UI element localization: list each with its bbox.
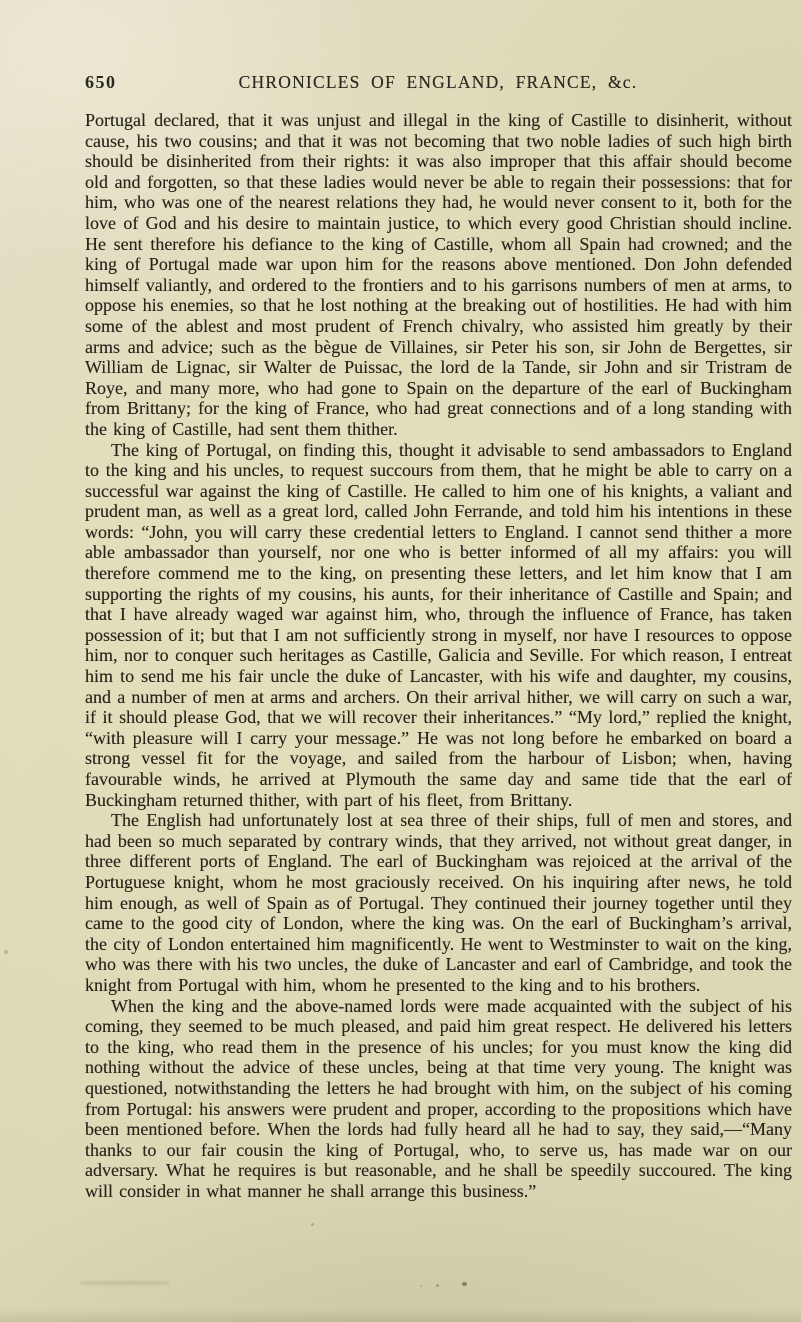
page-body: Portugal declared, that it was unjust an…: [85, 110, 792, 1201]
page-number: 650: [85, 72, 117, 93]
page-header: 650 CHRONICLES OF ENGLAND, FRANCE, &c.: [85, 72, 791, 96]
paper-speck: [436, 1284, 439, 1287]
paragraph-1: Portugal declared, that it was unjust an…: [85, 110, 792, 440]
paragraph-4: When the king and the above-named lords …: [85, 996, 792, 1202]
running-title: CHRONICLES OF ENGLAND, FRANCE, &c.: [85, 72, 791, 93]
paragraph-2: The king of Portugal, on finding this, t…: [85, 440, 792, 811]
paper-speck: [462, 1282, 467, 1286]
paper-speck: [311, 1223, 314, 1226]
paper-speck: [420, 1285, 422, 1287]
paper-speck: [4, 950, 8, 954]
paragraph-3: The English had unfortunately lost at se…: [85, 810, 792, 995]
book-page: 650 CHRONICLES OF ENGLAND, FRANCE, &c. P…: [0, 0, 801, 1322]
paper-smudge: [80, 1281, 170, 1285]
